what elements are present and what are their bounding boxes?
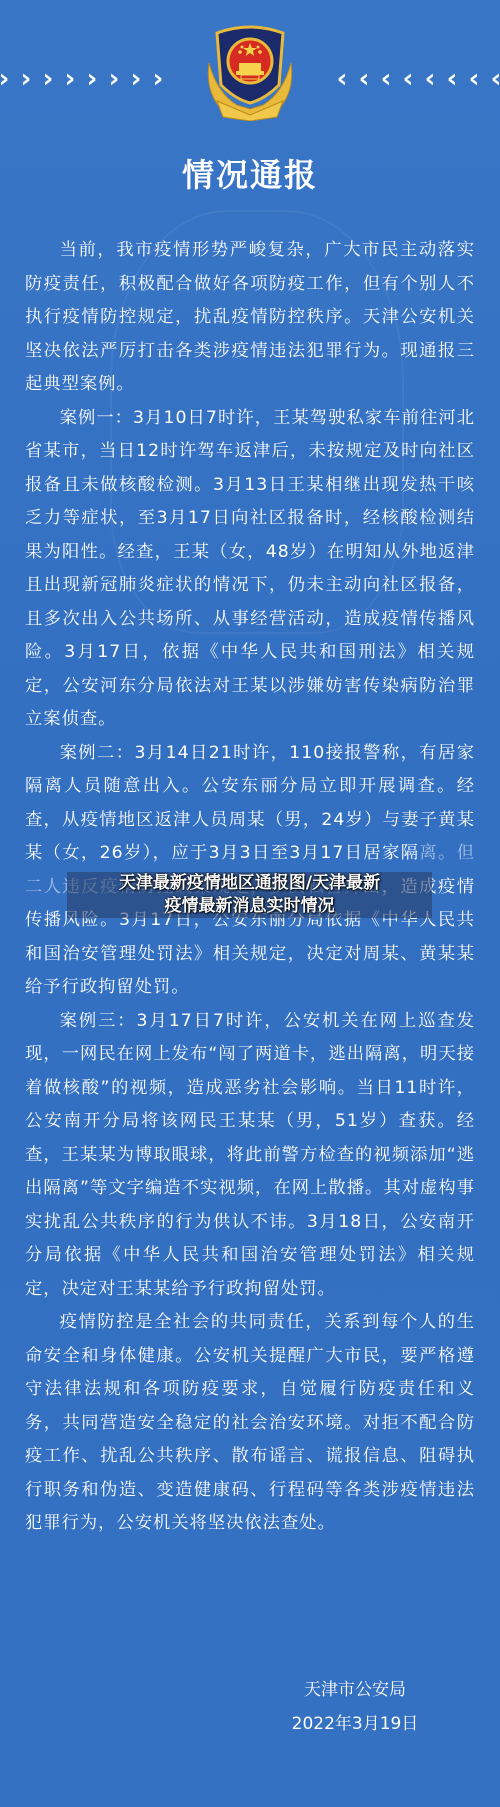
chevron-left-icon: ‹: [488, 66, 500, 92]
notice-page: › › › › › › › › ‹ ‹ ‹ ‹ ‹ ‹ ‹ ‹: [0, 0, 500, 1807]
chevron-left-icon: ‹: [444, 66, 460, 92]
case-two-text-a: 案例二：3月14日21时许，110接报警称，有居家隔离人员随意出入。公安东丽分局…: [25, 743, 475, 864]
chevron-left-icon: ‹: [400, 66, 416, 92]
header: › › › › › › › › ‹ ‹ ‹ ‹ ‹ ‹ ‹ ‹: [0, 0, 500, 200]
case-three-paragraph: 案例三：3月17日7时许，公安机关在网上巡查发现，一网民在网上发布“闯了两道卡，…: [25, 1005, 475, 1307]
chevron-left-icon: ‹: [378, 66, 394, 92]
page-title: 情况通报: [0, 150, 500, 196]
chevron-left-icon: ‹: [334, 66, 350, 92]
left-chevrons-decoration: › › › › › › › ›: [0, 66, 166, 92]
police-emblem-icon: [203, 23, 297, 121]
chevron-right-icon: ›: [62, 66, 78, 92]
right-chevrons-decoration: ‹ ‹ ‹ ‹ ‹ ‹ ‹ ‹: [334, 66, 500, 92]
closing-paragraph: 疫情防控是全社会的共同责任，关系到每个人的生命安全和身体健康。公安机关提醒广大市…: [25, 1306, 475, 1541]
caption-overlay: 天津最新疫情地区通报图/天津最新 疫情最新消息实时情况: [67, 872, 432, 918]
chevron-right-icon: ›: [150, 66, 166, 92]
chevron-right-icon: ›: [18, 66, 34, 92]
chevron-right-icon: ›: [40, 66, 56, 92]
chevron-left-icon: ‹: [422, 66, 438, 92]
case-one-paragraph: 案例一：3月10日7时许，王某驾驶私家车前往河北省某市，当日12时许驾车返津后，…: [25, 402, 475, 737]
case-two-paragraph: 案例二：3月14日21时许，110接报警称，有居家隔离人员随意出入。公安东丽分局…: [25, 737, 475, 1005]
chevron-left-icon: ‹: [466, 66, 482, 92]
caption-line-1: 天津最新疫情地区通报图/天津最新: [67, 872, 432, 895]
issue-date: 2022年3月19日: [280, 1707, 430, 1741]
intro-paragraph: 当前，我市疫情形势严峻复杂，广大市民主动落实防疫责任，积极配合做好各项防疫工作，…: [25, 234, 475, 402]
chevron-right-icon: ›: [84, 66, 100, 92]
chevron-right-icon: ›: [106, 66, 122, 92]
caption-line-2: 疫情最新消息实时情况: [67, 895, 432, 918]
chevron-left-icon: ‹: [356, 66, 372, 92]
chevron-right-icon: ›: [0, 66, 12, 92]
issuing-organization: 天津市公安局: [280, 1673, 430, 1707]
chevron-right-icon: ›: [128, 66, 144, 92]
signature-block: 天津市公安局 2022年3月19日: [280, 1673, 430, 1741]
